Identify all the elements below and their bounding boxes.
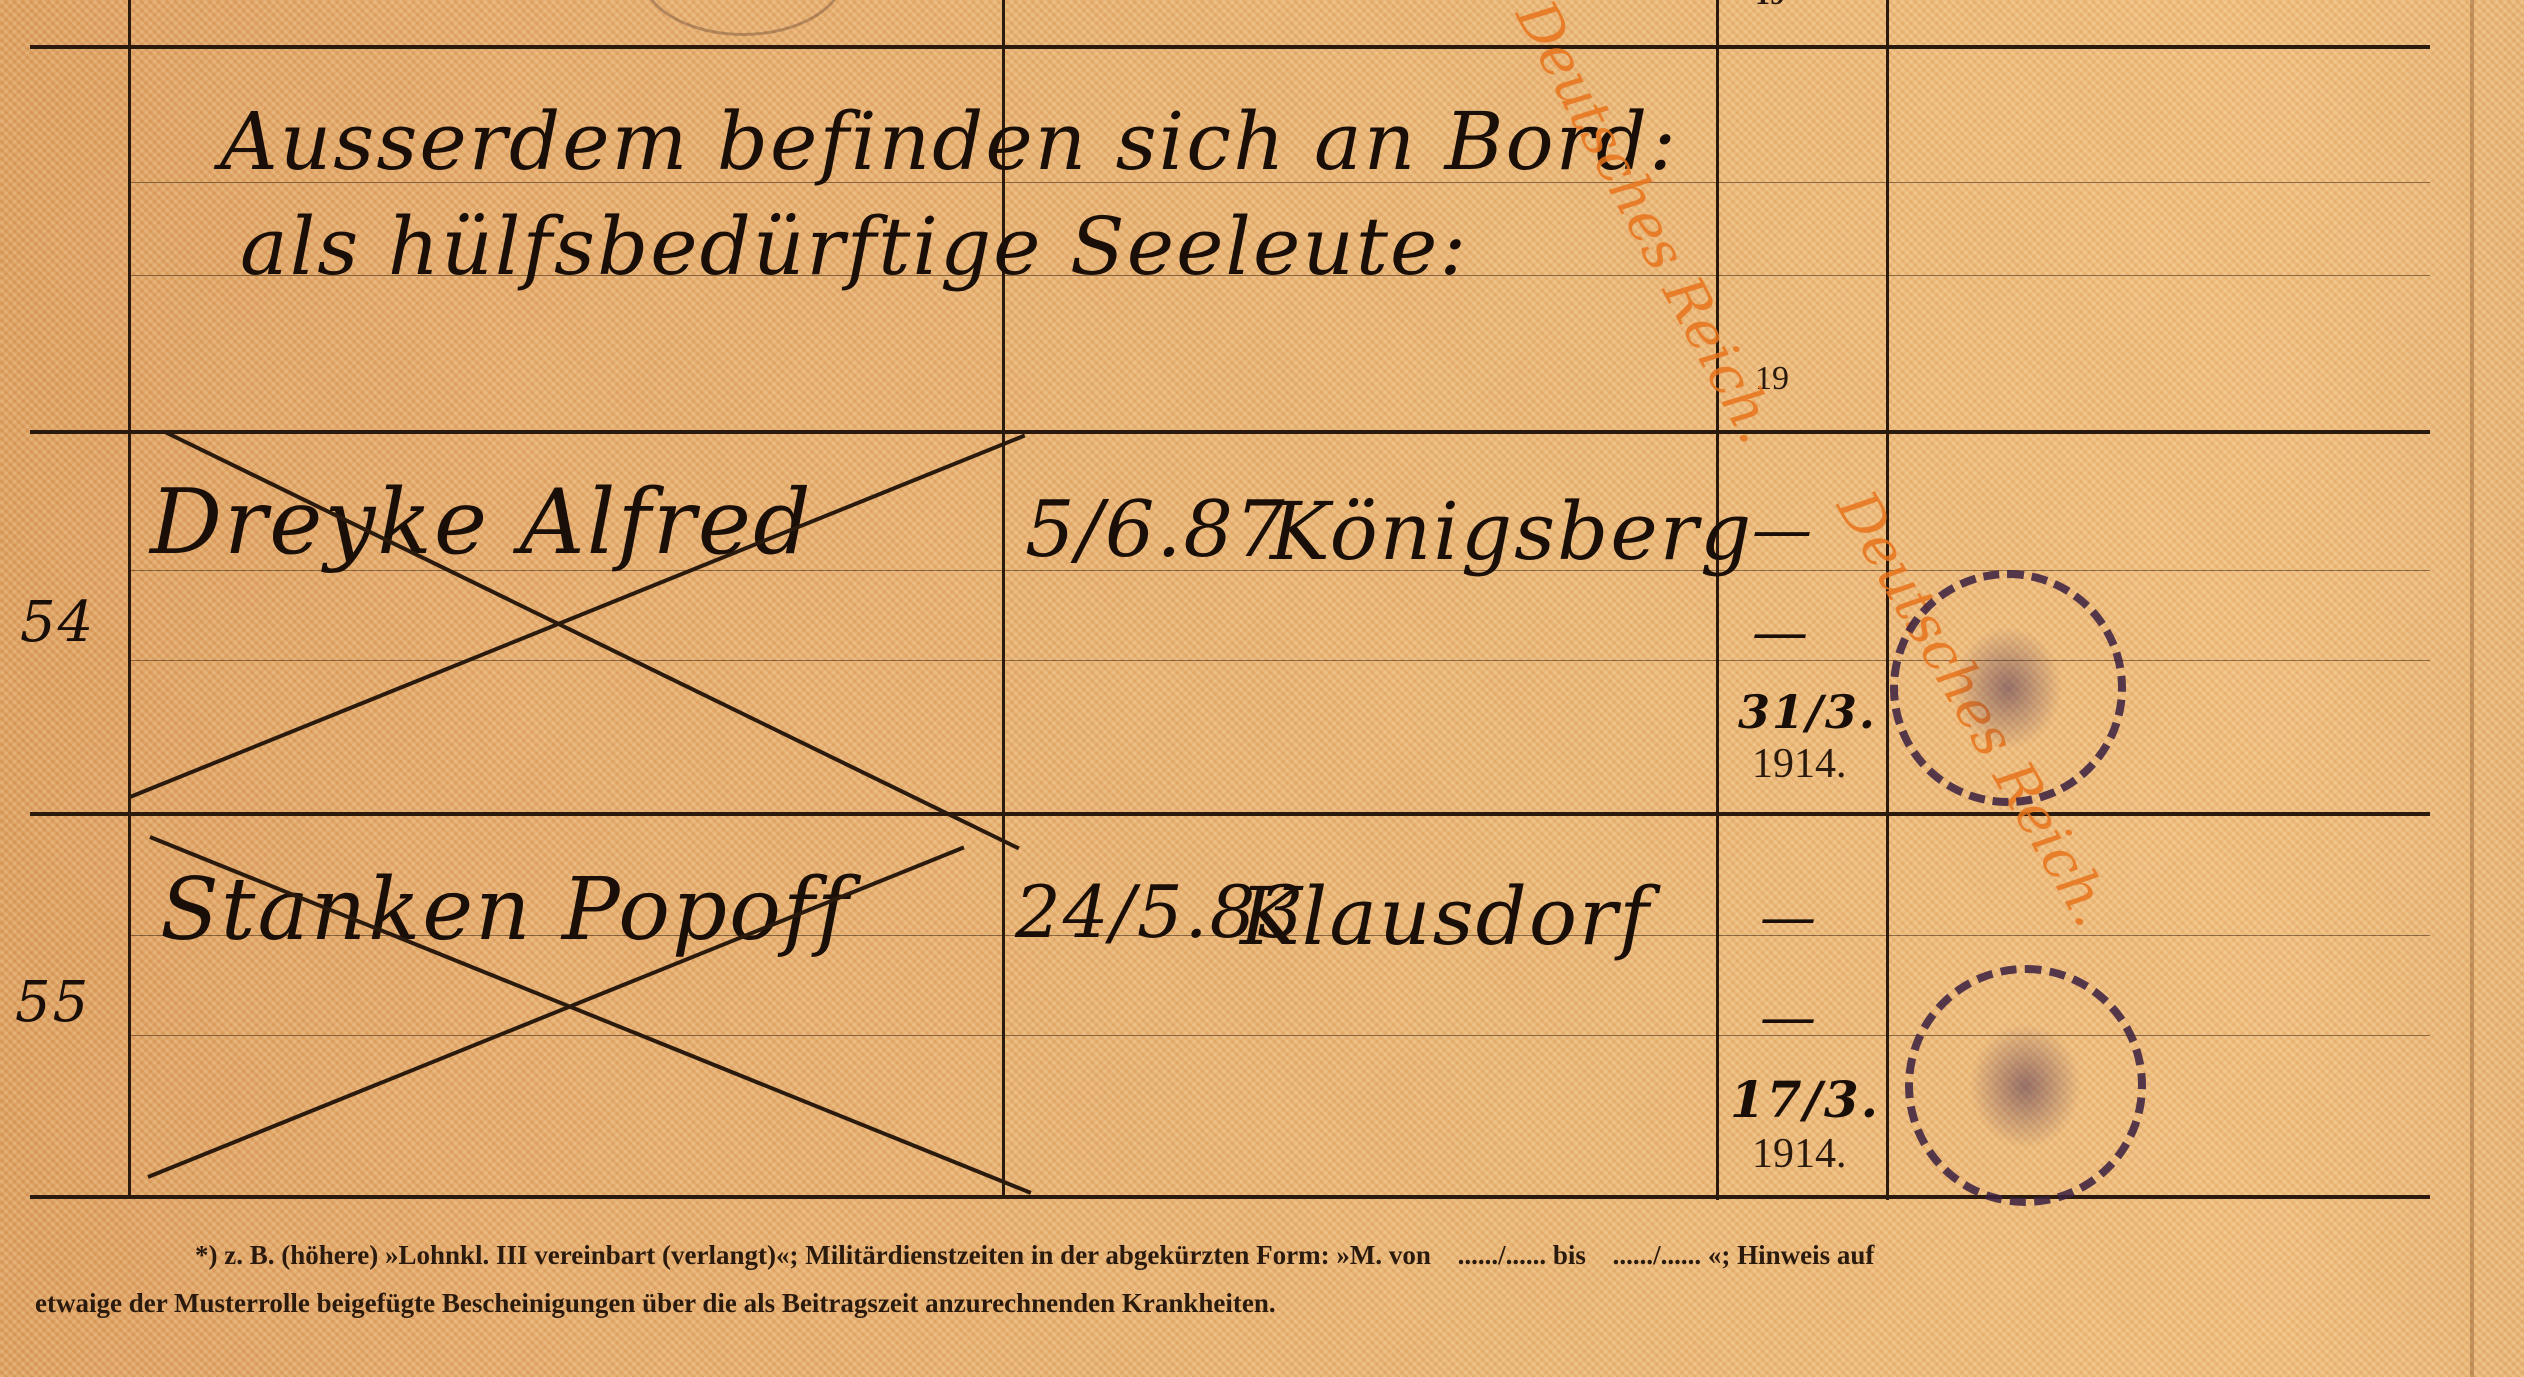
entry-birth-place: Klausdorf [1240,870,1651,963]
entry-date: 17/3. [1730,1070,1880,1129]
entry-birth-place: Königsberg [1270,485,1753,578]
entry-date: 31/3. [1738,685,1877,739]
seemannsamt-seal [1905,965,2146,1206]
seemannsamt-seal [1890,570,2126,806]
rule-top [30,45,2430,49]
footnote-line-1: *) z. B. (höhere) »Lohnkl. III vereinbar… [195,1240,1874,1271]
entry-birth-date: 5/6.87 [1025,485,1287,575]
rule-row1-bottom [30,430,2430,434]
page-fold-edge [2470,0,2474,1377]
entry-dash-1: — [1760,885,1818,950]
top-year-prefix: 19 [1755,0,1785,12]
entry-dash-2: — [1760,985,1818,1050]
remark-line-1: Ausserdem befinden sich an Bord: [220,95,1678,188]
footnote-line-2: etwaige der Musterrolle beigefügte Besch… [35,1288,1276,1319]
footnote-line-1-a: *) z. B. (höhere) »Lohnkl. III vereinbar… [195,1240,1431,1270]
entry-year: 1914. [1752,740,1847,788]
entry-dash-2: — [1752,600,1810,665]
entry-name: Stanken Popoff [160,860,851,960]
footnote-line-1-c: ....../...... «; Hinweis auf [1613,1240,1875,1270]
entry-dash-1: — [1752,495,1814,565]
entry-year: 1914. [1752,1130,1847,1178]
entry-number: 54 [20,590,95,655]
col-rule-number [128,0,131,1195]
entry-number: 55 [15,970,90,1035]
remark-line-2: als hülfsbedürftige Seeleute: [240,200,1468,293]
col-rule-birth [1716,0,1719,1200]
footnote-line-1-b: ....../...... bis [1458,1240,1586,1270]
